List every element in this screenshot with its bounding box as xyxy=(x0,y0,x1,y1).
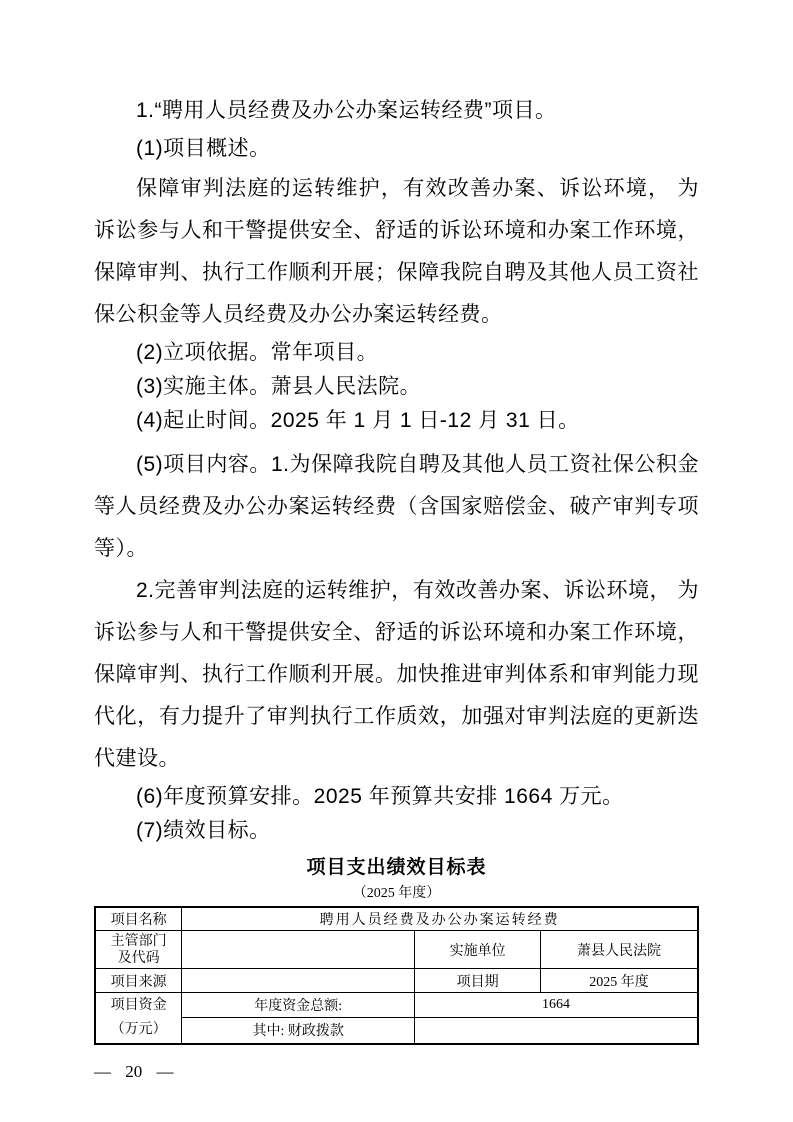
document-page: 1.“聘用人员经费及办公办案运转经费”项目。 (1)项目概述。 保障审判法庭的运… xyxy=(0,0,793,1122)
cell-impl-unit-label: 实施单位 xyxy=(415,931,541,969)
cell-annual-total-label: 年度资金总额: xyxy=(182,993,415,1018)
department-label-line2: 及代码 xyxy=(100,950,177,967)
cell-fiscal-label: 其中: 财政拨款 xyxy=(182,1017,415,1044)
content-paragraph-2: 2.完善审判法庭的运转维护，有效改善办案、诉讼环境， 为诉讼参与人和干警提供安全… xyxy=(94,570,699,780)
subsection-3-implementer: (3)实施主体。萧县人民法院。 xyxy=(94,370,699,404)
cell-period-value: 2025 年度 xyxy=(541,969,698,993)
cell-project-name-value: 聘用人员经费及办公办案运转经费 xyxy=(182,907,698,931)
overview-paragraph: 保障审判法庭的运转维护，有效改善办案、诉讼环境， 为诉讼参与人和干警提供安全、舒… xyxy=(94,168,699,336)
table-row-project-name: 项目名称 聘用人员经费及办公办案运转经费 xyxy=(95,907,698,931)
page-number: — 20 — xyxy=(94,1061,699,1083)
subsection-1-overview: (1)项目概述。 xyxy=(94,130,699,168)
table-subtitle: （2025 年度） xyxy=(94,882,699,906)
cell-department-label: 主管部门 及代码 xyxy=(95,931,182,969)
subsection-2-basis: (2)立项依据。常年项目。 xyxy=(94,336,699,370)
cell-period-label: 项目期 xyxy=(415,969,541,993)
cell-department-value xyxy=(182,931,415,969)
department-label-line1: 主管部门 xyxy=(100,933,177,950)
subsection-5-content: (5)项目内容。1.为保障我院自聘及其他人员工资社保公积金等人员经费及办公办案运… xyxy=(94,444,699,570)
cell-annual-total-value: 1664 xyxy=(415,993,698,1018)
cell-impl-unit-value: 萧县人民法院 xyxy=(541,931,698,969)
cell-source-value xyxy=(182,969,415,993)
cell-source-label: 项目来源 xyxy=(95,969,182,993)
funds-label-line1: 项目资金 xyxy=(100,994,177,1018)
table-row-fiscal-allocation: 其中: 财政拨款 xyxy=(95,1017,698,1044)
subsection-7-performance: (7)绩效目标。 xyxy=(94,814,699,848)
subsection-6-budget: (6)年度预算安排。2025 年预算共安排 1664 万元。 xyxy=(94,780,699,814)
cell-project-name-label: 项目名称 xyxy=(95,907,182,931)
cell-fiscal-value xyxy=(415,1017,698,1044)
cell-funds-label: 项目资金 （万元） xyxy=(95,993,182,1045)
table-row-department: 主管部门 及代码 实施单位 萧县人民法院 xyxy=(95,931,698,969)
subsection-4-duration: (4)起止时间。2025 年 1 月 1 日-12 月 31 日。 xyxy=(94,404,699,438)
table-row-source: 项目来源 项目期 2025 年度 xyxy=(95,969,698,993)
performance-target-table: 项目名称 聘用人员经费及办公办案运转经费 主管部门 及代码 实施单位 萧县人民法… xyxy=(94,906,699,1045)
table-title: 项目支出绩效目标表 xyxy=(94,854,699,882)
section-heading: 1.“聘用人员经费及办公办案运转经费”项目。 xyxy=(94,92,699,130)
table-row-annual-total: 项目资金 （万元） 年度资金总额: 1664 xyxy=(95,993,698,1018)
funds-label-line2: （万元） xyxy=(100,1018,177,1042)
